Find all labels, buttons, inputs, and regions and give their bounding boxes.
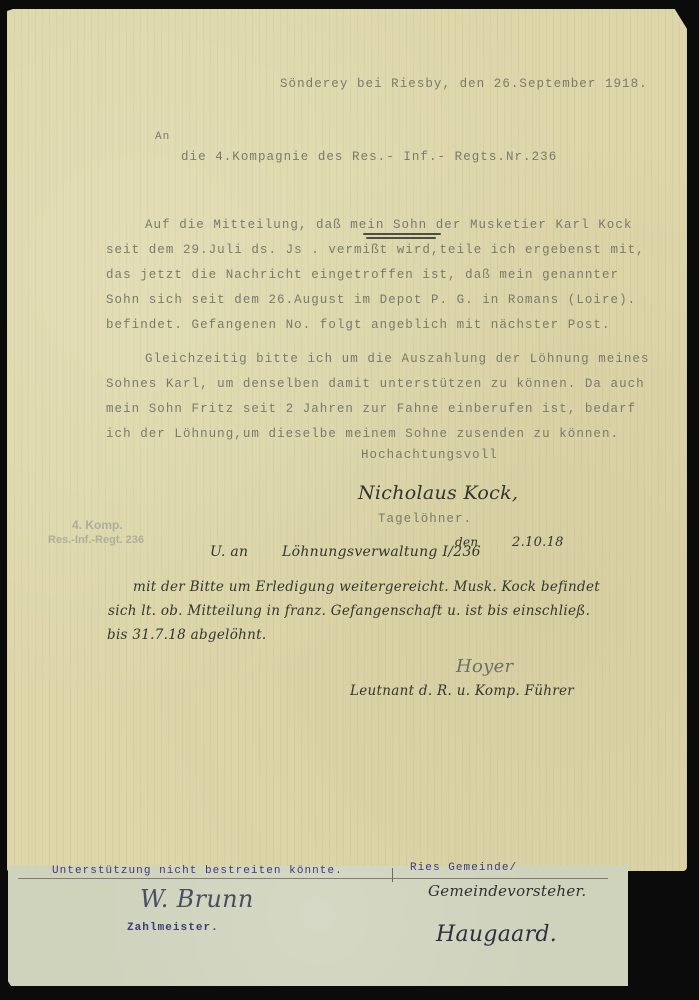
slip-divider [392, 868, 393, 882]
annotation-date: 2.10.18 [512, 535, 564, 550]
closing: Hochachtungsvoll [361, 448, 498, 462]
annotation-line-2: sich lt. ob. Mitteilung in franz. Gefang… [108, 603, 590, 619]
letter-signature: Nicholaus Kock, [358, 482, 518, 504]
body-line-7: Sohnes Karl, um denselben damit unterstü… [106, 377, 645, 391]
annotation-header-mid: Löhnungsverwaltung I/236 [282, 544, 481, 560]
slip-top-left-text: Unterstützung nicht bestreiten könnte. [52, 865, 343, 877]
slip-rule [18, 878, 608, 879]
body-line-1: Auf die Mitteilung, daß mein Sohn der Mu… [145, 218, 632, 232]
annotation-header-sup: den [455, 535, 478, 549]
recipient-line: die 4.Kompagnie des Res.- Inf.- Regts.Nr… [181, 150, 557, 164]
slip-right-signature: Haugaard. [436, 922, 557, 947]
body-line-5: befindet. Gefangenen No. folgt angeblich… [106, 318, 611, 332]
slip-top-right-text: Ries Gemeinde/ [410, 862, 517, 874]
annotation-header-left: U. an [210, 544, 248, 560]
pen-underline [363, 233, 441, 235]
signer-title: Tagelöhner. [378, 512, 472, 526]
body-line-2: seit dem 29.Juli ds. Js . vermißt wird,t… [106, 243, 645, 257]
place-date-line: Sönderey bei Riesby, den 26.September 19… [280, 77, 648, 91]
slip-right-title: Gemeindevorsteher. [428, 882, 586, 900]
salutation-to: An [155, 131, 170, 143]
company-stamp-line1: 4. Komp. [72, 518, 123, 532]
annotation-line-3: bis 31.7.18 abgelöhnt. [107, 627, 266, 643]
body-line-8: mein Sohn Fritz seit 2 Jahren zur Fahne … [106, 402, 636, 416]
body-line-6: Gleichzeitig bitte ich um die Auszahlung… [145, 352, 650, 366]
slip-left-signature: W. Brunn [140, 885, 254, 913]
annotation-signature: Hoyer [456, 656, 513, 677]
body-line-9: ich der Löhnung,um dieselbe meinem Sohne… [106, 427, 619, 441]
company-stamp-line2: Res.-Inf.-Regt. 236 [48, 534, 144, 546]
annotation-line-1: mit der Bitte um Erledigung weitergereic… [133, 579, 600, 595]
body-line-4: Sohn sich seit dem 26.August im Depot P.… [106, 293, 636, 307]
pen-underline [366, 237, 436, 239]
annotation-signer-title: Leutnant d. R. u. Komp. Führer [350, 683, 574, 699]
body-line-3: das jetzt die Nachricht eingetroffen ist… [106, 268, 619, 282]
slip-left-title: Zahlmeister. [127, 922, 219, 934]
